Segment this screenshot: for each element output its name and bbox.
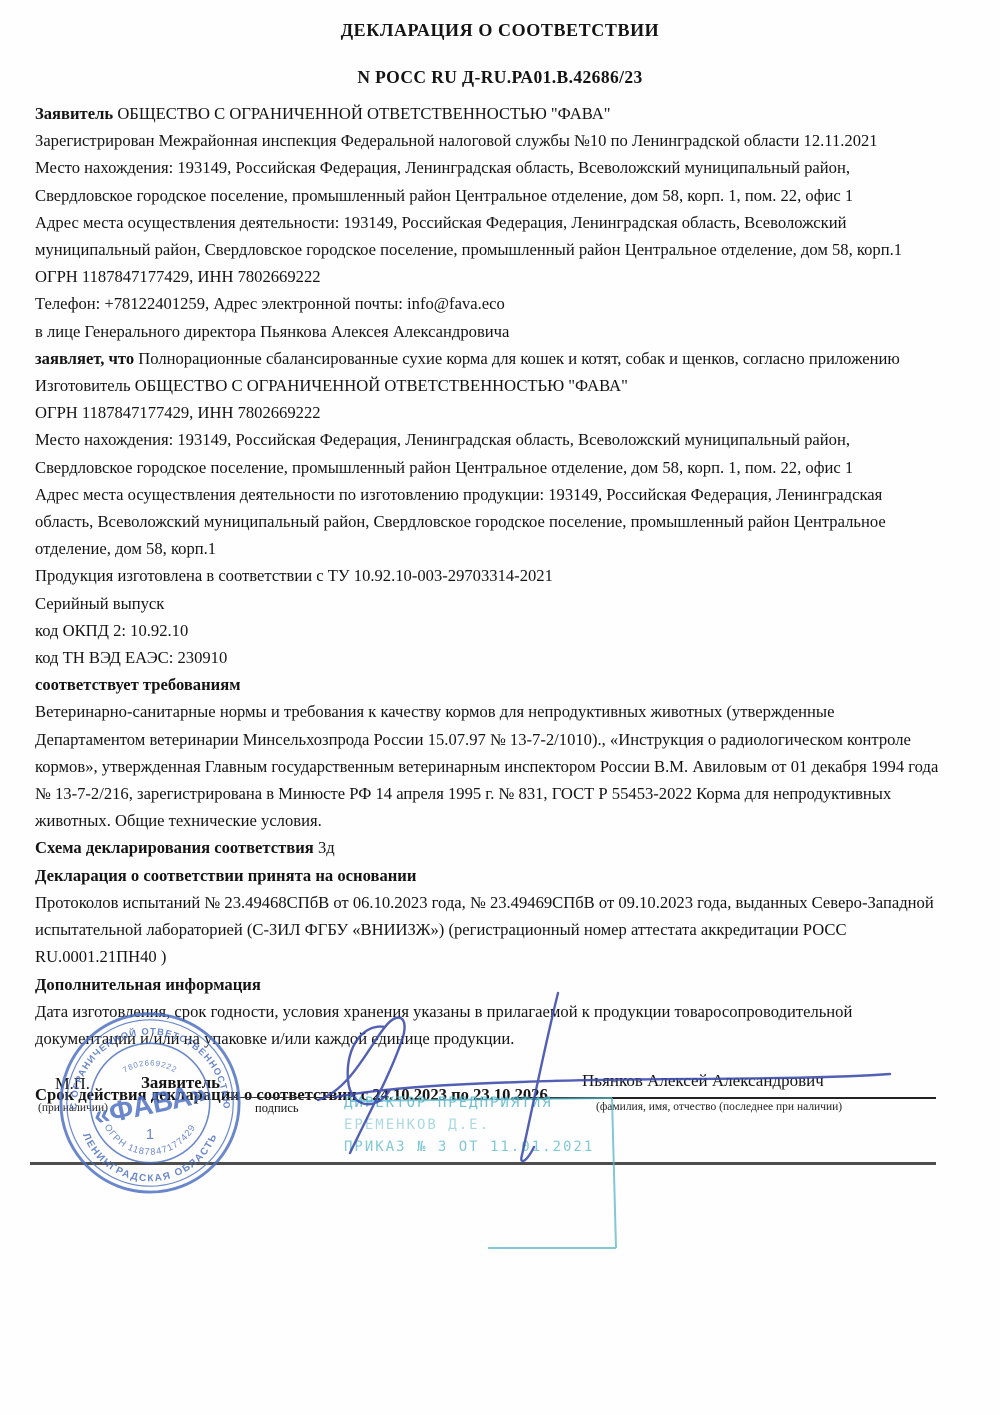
scheme-label: Схема декларирования соответствия (35, 838, 314, 857)
para-basis-value: Протоколов испытаний № 23.49468СПбВ от 0… (35, 889, 943, 971)
complies-label: соответствует требованиям (35, 675, 241, 694)
para-made-according: Продукция изготовлена в соответствии с Т… (35, 562, 943, 589)
declares-label: заявляет, что (35, 349, 134, 368)
para-okpd: код ОКПД 2: 10.92.10 (35, 617, 943, 644)
para-declares: заявляет, что Полнорационные сбалансиров… (35, 345, 943, 372)
scheme-value: 3д (318, 838, 335, 857)
applicant-label: Заявитель (35, 104, 113, 123)
declaration-document: ДЕКЛАРАЦИЯ О СООТВЕТСТВИИ N РОСС RU Д-RU… (0, 0, 1000, 1415)
para-ogrn-inn: ОГРН 1187847177429, ИНН 7802669222 (35, 263, 943, 290)
declares-value: Полнорационные сбалансированные сухие ко… (138, 349, 900, 368)
para-phone-email: Телефон: +78122401259, Адрес электронной… (35, 290, 943, 317)
applicant-value: ОБЩЕСТВО С ОГРАНИЧЕННОЙ ОТВЕТСТВЕННОСТЬЮ… (117, 104, 610, 123)
handwritten-signature-icon (290, 985, 930, 1185)
para-requirements: Ветеринарно-санитарные нормы и требовани… (35, 698, 943, 834)
para-in-person: в лице Генерального директора Пьянкова А… (35, 318, 943, 345)
para-location: Место нахождения: 193149, Российская Фед… (35, 154, 943, 208)
para-tnved: код ТН ВЭД ЕАЭС: 230910 (35, 644, 943, 671)
document-body: Заявитель ОБЩЕСТВО С ОГРАНИЧЕННОЙ ОТВЕТС… (35, 100, 943, 1108)
para-activity-address: Адрес места осуществления деятельности: … (35, 209, 943, 263)
stamp-number-text: 1 (146, 1127, 154, 1143)
additional-label: Дополнительная информация (35, 975, 261, 994)
para-complies-label: соответствует требованиям (35, 671, 943, 698)
para-registered: Зарегистрирован Межрайонная инспекция Фе… (35, 127, 943, 154)
company-round-stamp-icon: С ОГРАНИЧЕННОЙ ОТВЕТСТВЕННОСТЬЮ 78026692… (57, 1007, 243, 1199)
svg-text:7802669222: 7802669222 (121, 1058, 179, 1074)
para-applicant: Заявитель ОБЩЕСТВО С ОГРАНИЧЕННОЙ ОТВЕТС… (35, 100, 943, 127)
para-basis-label: Декларация о соответствии принята на осн… (35, 862, 943, 889)
para-serial: Серийный выпуск (35, 590, 943, 617)
para-production-address: Адрес места осуществления деятельности п… (35, 481, 943, 563)
para-location-2: Место нахождения: 193149, Российская Фед… (35, 426, 943, 480)
para-ogrn-inn-2: ОГРН 1187847177429, ИНН 7802669222 (35, 399, 943, 426)
manufacturer-label: Изготовитель (35, 376, 131, 395)
document-title: ДЕКЛАРАЦИЯ О СООТВЕТСТВИИ (0, 0, 1000, 41)
para-scheme: Схема декларирования соответствия 3д (35, 834, 943, 861)
basis-label: Декларация о соответствии принята на осн… (35, 866, 416, 885)
manufacturer-value: ОБЩЕСТВО С ОГРАНИЧЕННОЙ ОТВЕТСТВЕННОСТЬЮ… (135, 376, 628, 395)
para-manufacturer: Изготовитель ОБЩЕСТВО С ОГРАНИЧЕННОЙ ОТВ… (35, 372, 943, 399)
stamp-center-text: «ФАВА» (91, 1077, 210, 1132)
stamp-inner-top-text: 7802669222 (121, 1058, 179, 1074)
declaration-number: N РОСС RU Д-RU.РА01.В.42686/23 (0, 41, 1000, 88)
